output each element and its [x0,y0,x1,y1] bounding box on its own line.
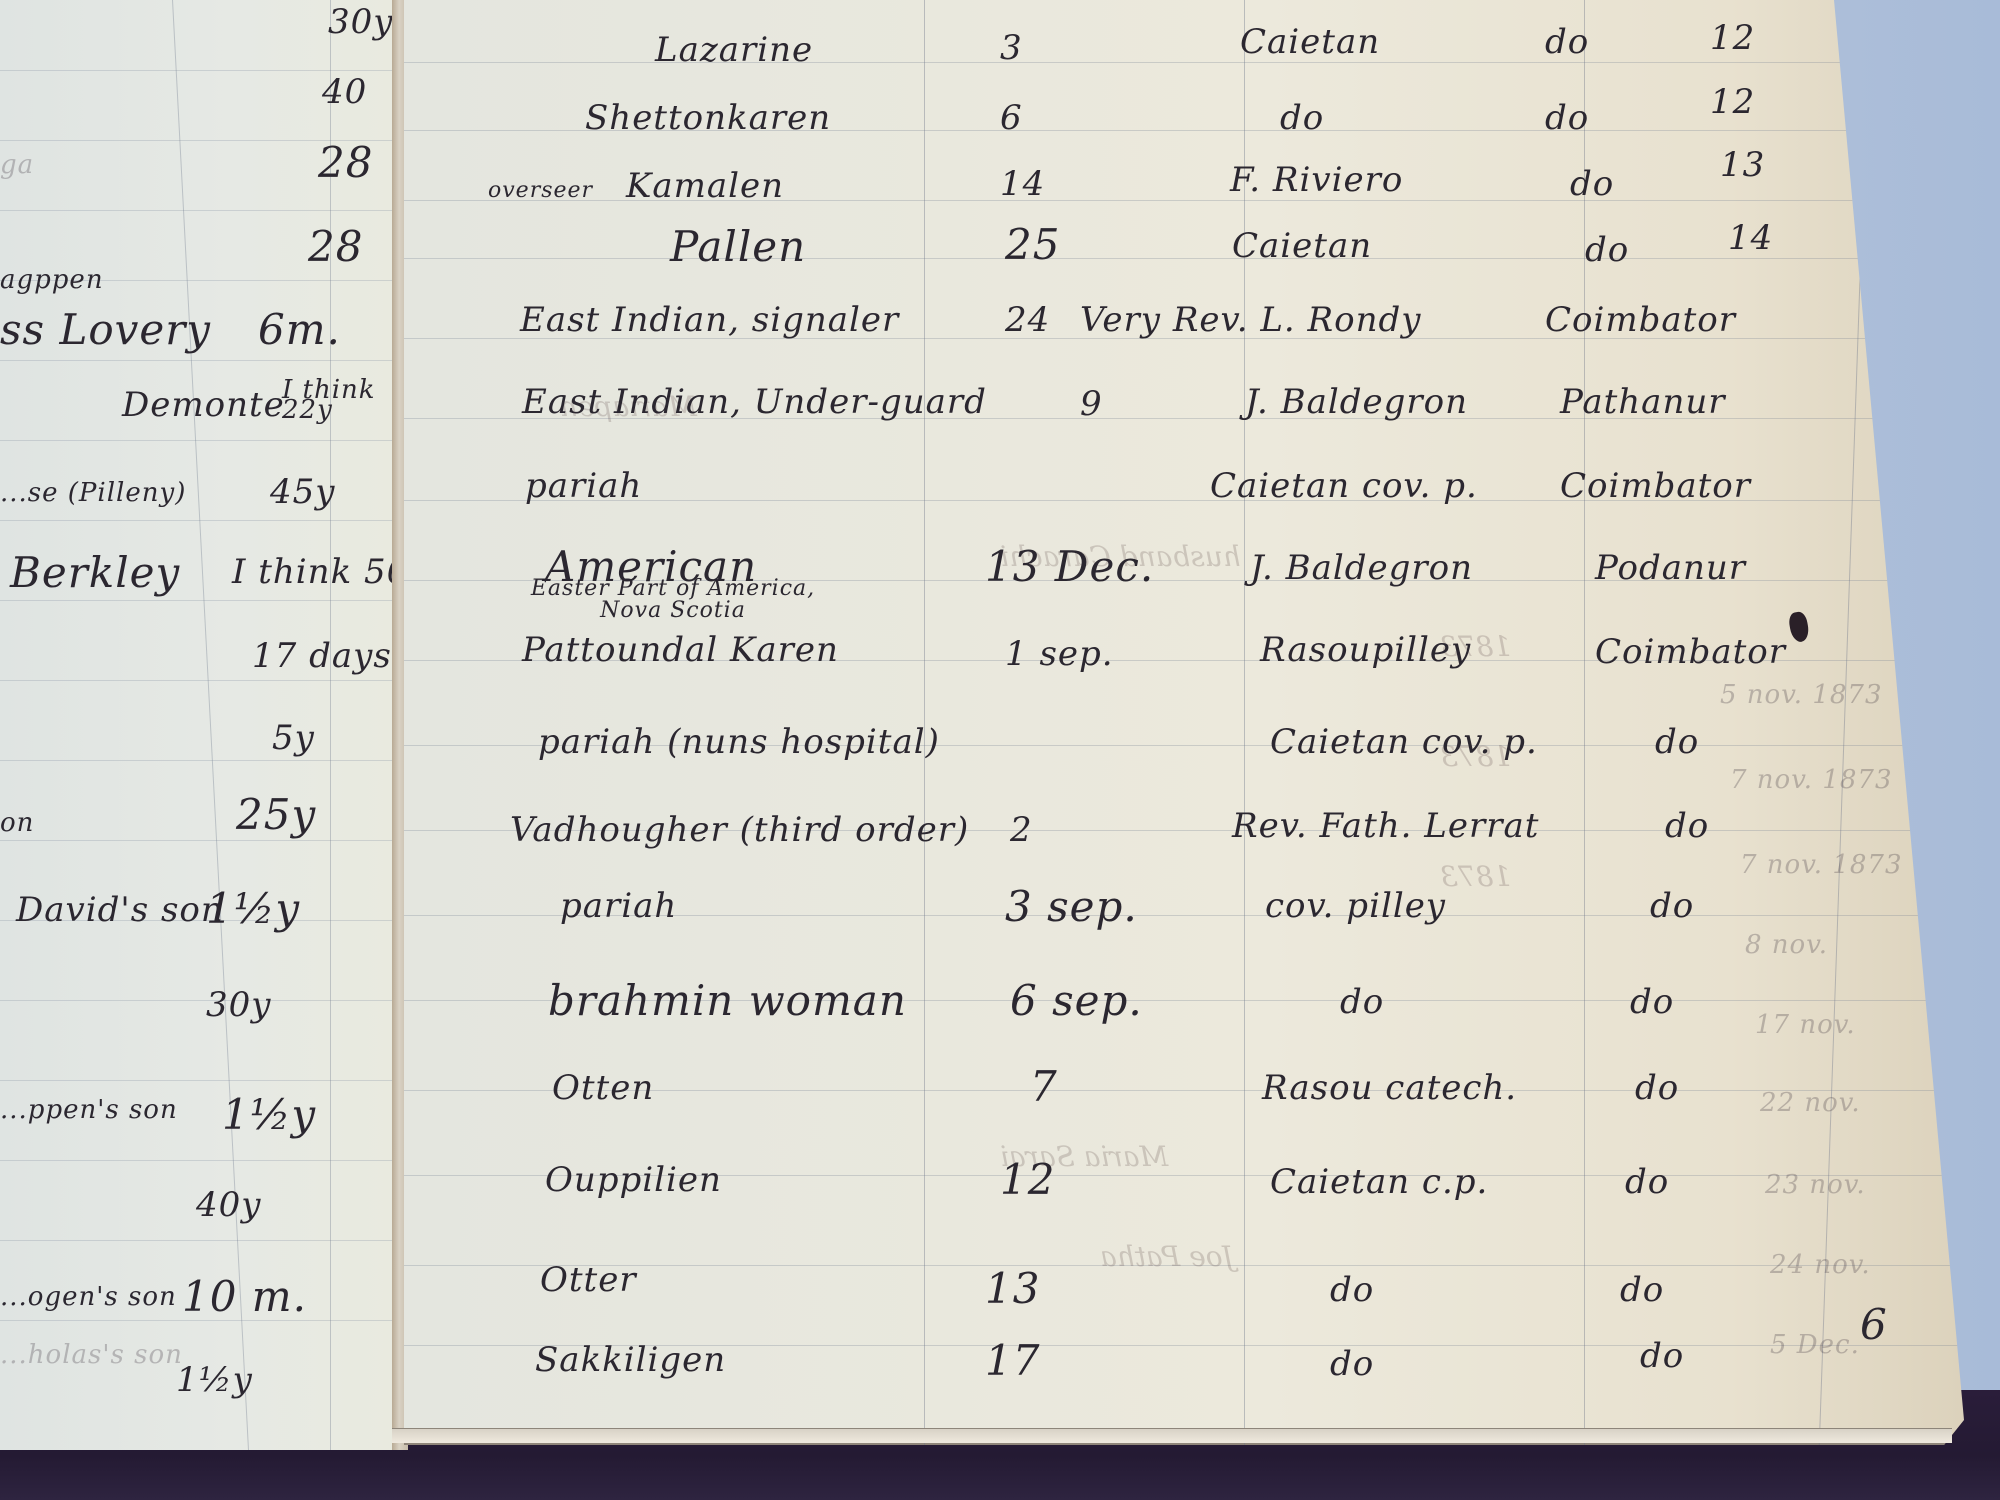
entry-date: 13 Dec. [985,542,1154,591]
entry-place: do [1630,982,1674,1022]
entry-date: 1 sep. [1005,634,1114,674]
entry-name: pariah [525,466,642,506]
entry-place: do [1625,1162,1669,1202]
entry-name: pariah [560,886,677,926]
entry-day: 5 nov. 1873 [1720,680,1883,710]
entry-place: do [1650,886,1694,926]
entry-minister: do [1330,1270,1374,1310]
entry-minister: Caietan cov. p. [1210,466,1478,506]
entry-place: do [1545,22,1589,62]
entry-name: Otter [540,1260,637,1300]
entry-minister: Caietan [1232,226,1372,266]
left-age: 6m. [258,305,341,354]
left-age: 28 [308,222,363,271]
entry-name: Shettonkaren [585,98,831,138]
entry-minister: J. Baldegron [1250,548,1473,588]
entry-name: Pallen [670,222,806,271]
entry-date: 25 [1005,220,1060,269]
entry-minister: cov. pilley [1265,886,1446,926]
entry-name: pariah (nuns hospital) [538,722,940,762]
entry-day: 8 nov. [1745,930,1828,960]
entry-day: 12 [1710,18,1755,58]
entry-date: 6 [1000,98,1023,138]
entry-day: 14 [1728,218,1773,258]
ruled-line [0,1160,392,1161]
entry-date: 14 [1000,164,1045,204]
entry-name: Ouppilien [545,1160,722,1200]
entry-place: Pathanur [1560,382,1726,422]
entry-name: Lazarine [655,30,813,70]
entry-place: do [1585,230,1629,270]
left-age: 30y [328,2,393,42]
left-page [0,0,394,1450]
left-age: 1½y [222,1090,316,1139]
entry-minister: Caietan cov. p. [1270,722,1538,762]
left-name: on [0,808,34,838]
entry-minister: Rasoupilley [1260,630,1471,670]
entry-day: 5 Dec. [1770,1330,1860,1360]
left-age: 10 m. [182,1272,307,1321]
entry-date: 2 [1010,810,1033,850]
column-rule [330,0,331,1450]
column-rule [1819,0,1870,1445]
ruled-line [0,760,392,761]
left-age: 1½y [176,1360,253,1400]
left-age: 25y [236,790,316,839]
entry-date: 12 [1000,1155,1055,1204]
ruled-line [0,210,392,211]
entry-date: 7 [1030,1062,1058,1111]
ruled-line [0,520,392,521]
ruled-line [0,600,392,601]
ruled-line [0,360,392,361]
entry-minister: Very Rev. L. Rondy [1080,300,1421,340]
ruled-line [0,1080,392,1081]
left-name: ...se (Pilleny) [0,478,186,508]
entry-place: do [1655,722,1699,762]
ruled-line [0,1240,392,1241]
left-age: 40y [196,1185,261,1225]
entry-day: 17 nov. [1755,1010,1856,1040]
entry-minister: do [1340,982,1384,1022]
entry-day: 22 nov. [1760,1088,1861,1118]
bleed-through-text: 1873 [1440,860,1511,893]
left-age: I think 50 [232,552,409,592]
entry-day: 13 [1720,145,1765,185]
entry-minister: J. Baldegron [1245,382,1468,422]
left-age: 28 [318,138,373,187]
entry-day: 7 nov. 1873 [1730,765,1893,795]
left-name: ga [0,150,34,180]
entry-date: 24 [1005,300,1050,340]
entry-minister: F. Riviero [1230,160,1403,200]
entry-date: 3 [1000,28,1023,68]
entry-place: do [1665,806,1709,846]
entry-minister: Rasou catech. [1262,1068,1517,1108]
left-name: Berkley [10,548,180,597]
left-age: 45y [270,472,335,512]
entry-day: 23 nov. [1765,1170,1866,1200]
ruled-line [0,70,392,71]
page-bottom-edge [392,1428,1952,1443]
left-name: ...ppen's son [0,1095,178,1125]
entry-name: Sakkiligen [535,1340,726,1380]
ruled-line [404,62,1964,63]
entry-minister: Rev. Fath. Lerrat [1232,806,1539,846]
left-name: David's son [16,890,224,930]
entry-name: Otten [552,1068,654,1108]
column-rule [172,0,249,1450]
left-name: agppen [0,265,104,295]
entry-place: Coimbator [1560,466,1751,506]
entry-date: 13 [985,1264,1040,1313]
entry-name: Vadhougher (third order) [510,810,969,850]
left-name: Demonte [122,385,285,425]
entry-date: 6 sep. [1010,976,1143,1025]
left-name: ...holas's son [0,1340,183,1370]
left-age: 30y [206,985,271,1025]
left-name: ...ogen's son [0,1282,177,1312]
photo-scene: 30y 40 ga 28 28 agppen ss Lovery 6m. Dem… [0,0,2000,1500]
entry-day: 24 nov. [1770,1250,1871,1280]
left-age: 17 days [252,636,392,676]
entry-place: Podanur [1595,548,1746,588]
page-edge-number: 6 [1860,1300,1888,1349]
ruled-line [404,258,1964,259]
entry-place: Coimbator [1545,300,1736,340]
entry-minister: Caietan c.p. [1270,1162,1488,1202]
left-age: 40 [322,72,367,112]
entry-day: 7 nov. 1873 [1740,850,1903,880]
column-rule [1584,0,1585,1445]
entry-place: Coimbator [1595,632,1786,672]
entry-minister: do [1280,98,1324,138]
entry-place: do [1570,164,1614,204]
ruled-line [0,680,392,681]
entry-name: East Indian, Under-guard [522,382,987,422]
entry-minister: Caietan [1240,22,1380,62]
entry-date: 17 [985,1336,1040,1385]
entry-place: do [1620,1270,1664,1310]
left-name: ss Lovery [0,305,211,354]
entry-place: do [1545,98,1589,138]
margin-note: overseer [488,178,593,203]
left-age: 1½y [206,884,300,933]
entry-date: 3 sep. [1005,882,1138,931]
entry-place: do [1635,1068,1679,1108]
entry-name: Kamalen [626,166,784,206]
ruled-line [0,1000,392,1001]
entry-name: Pattoundal Karen [522,630,839,670]
entry-name: brahmin woman [548,976,907,1025]
entry-date: 9 [1080,384,1103,424]
left-age: 5y [272,718,315,758]
left-age: I think 22y [282,380,392,420]
entry-day: 12 [1710,82,1755,122]
ruled-line [0,440,392,441]
entry-place: do [1640,1336,1684,1376]
bleed-through-text: Joe Patha [1100,1240,1234,1273]
margin-note: Easter Part of America, Nova Scotia [508,578,838,622]
ruled-line [0,840,392,841]
column-rule [1244,0,1245,1445]
entry-minister: do [1330,1344,1374,1384]
entry-name: East Indian, signaler [520,300,899,340]
